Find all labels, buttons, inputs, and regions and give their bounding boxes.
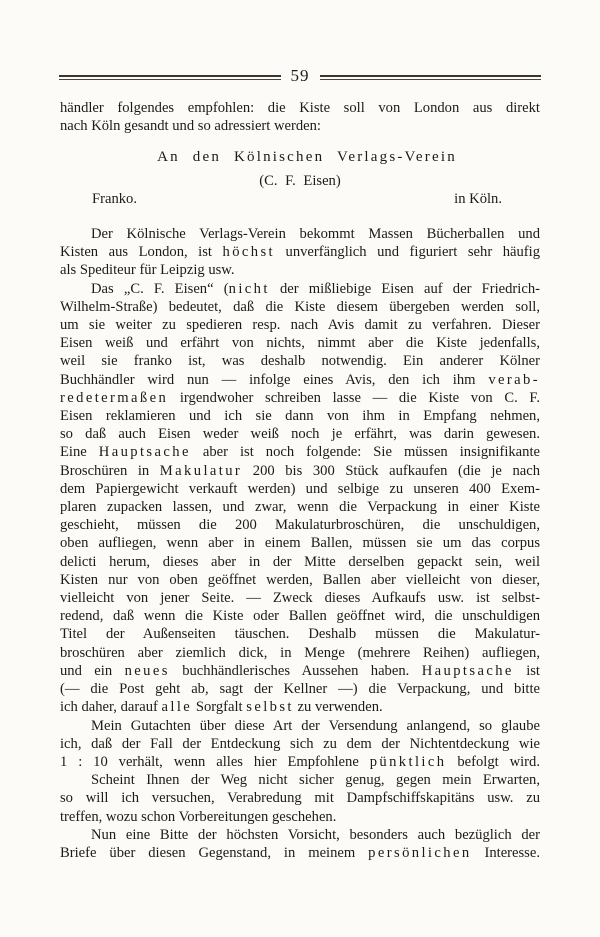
paragraph: Der Kölnische Verlags-Verein bekommt Mas… xyxy=(60,225,540,280)
text-line: Eisen weiß und erfährt von nichts, nimmt… xyxy=(60,334,540,352)
text-line: als Spediteur für Leipzig usw. xyxy=(60,261,540,279)
text-line: Mein Gutachten über diese Art der Versen… xyxy=(60,717,540,735)
text-segment: redend, daß wenn die Kiste oder Ballen g… xyxy=(60,608,540,624)
text-line: geschieht, müssen die 200 Makulaturbrosc… xyxy=(60,516,540,534)
text-segment: nach Köln gesandt und so adressiert werd… xyxy=(60,118,321,134)
letterspaced-emphasis: persönlichen xyxy=(368,845,471,861)
text-segment: so daß auch Eisen weder weiß noch je erf… xyxy=(60,426,540,442)
text-line: 1 : 10 verhält, wenn alles hier Empfohle… xyxy=(60,753,540,771)
text-segment: geschieht, müssen die 200 Makulaturbrosc… xyxy=(60,517,540,533)
text-line: und ein neues buchhändlerisches Aussehen… xyxy=(60,662,540,680)
text-segment: Eine xyxy=(60,444,99,460)
text-segment: Der Kölnische Verlags-Verein bekommt Mas… xyxy=(91,226,540,242)
text-line: Wilhelm-Straße) bedeutet, daß die Kiste … xyxy=(60,298,540,316)
text-segment: ist xyxy=(514,663,540,679)
text-line: oben aufliegen, wenn aber in einem Balle… xyxy=(60,534,540,552)
letterspaced-emphasis: neues xyxy=(125,663,170,679)
text-segment: weil sie franko ist, was deshalb notwend… xyxy=(60,353,540,369)
text-line: Scheint Ihnen der Weg nicht sicher genug… xyxy=(60,771,540,789)
text-segment: plaren zupacken lassen, und zwar, wenn d… xyxy=(60,499,540,515)
letterspaced-emphasis: alle xyxy=(162,699,193,715)
text-line: Kisten aus London, ist höchst unverfängl… xyxy=(60,243,540,261)
text-segment: Broschüren in xyxy=(60,463,160,479)
text-segment: Scheint Ihnen der Weg nicht sicher genug… xyxy=(91,772,540,788)
text-segment: Mein Gutachten über diese Art der Versen… xyxy=(91,718,540,734)
page-number: 59 xyxy=(291,67,310,85)
text-segment: händler folgendes empfohlen: die Kiste s… xyxy=(60,100,540,116)
text-line: Briefe über diesen Gegenstand, in meinem… xyxy=(60,844,540,862)
text-segment: Kisten aus London, ist xyxy=(60,244,223,260)
text-segment: der mißliebige Eisen auf der Friedrich- xyxy=(270,281,540,297)
franko-label: Franko. xyxy=(92,190,137,208)
text-segment: oben aufliegen, wenn aber in einem Balle… xyxy=(60,535,540,551)
text-segment: Eisen reklamieren und ich sie dann von i… xyxy=(60,408,540,424)
text-line: redend, daß wenn die Kiste oder Ballen g… xyxy=(60,607,540,625)
paragraph: Nun eine Bitte der höchsten Vorsicht, be… xyxy=(60,826,540,862)
text-line: nach Köln gesandt und so adressiert werd… xyxy=(60,117,540,135)
text-segment: um sie weiter zu spedieren resp. nach Av… xyxy=(60,317,540,333)
text-segment: vielleicht von jener Seite. — Zweck dies… xyxy=(60,590,540,606)
letterspaced-emphasis: selbst xyxy=(246,699,294,715)
paragraph: Das „C. F. Eisen“ (nicht der mißliebige … xyxy=(60,280,540,717)
letterspaced-emphasis: Hauptsache xyxy=(99,444,191,460)
letterspaced-emphasis: Makulatur xyxy=(160,463,242,479)
text-line: ich, daß der Fall der Entdeckung sich zu… xyxy=(60,735,540,753)
letterspaced-emphasis: nicht xyxy=(229,281,270,297)
text-line: weil sie franko ist, was deshalb notwend… xyxy=(60,352,540,370)
text-line: Eisen reklamieren und ich sie dann von i… xyxy=(60,407,540,425)
letterspaced-emphasis: Hauptsache xyxy=(422,663,514,679)
text-line: plaren zupacken lassen, und zwar, wenn d… xyxy=(60,498,540,516)
text-segment: 200 bis 300 Stück aufkaufen (die je nach xyxy=(242,463,540,479)
letterspaced-emphasis: höchst xyxy=(223,244,276,260)
address-meta-row: Franko.in Köln. xyxy=(60,190,540,208)
header-rule-left xyxy=(59,75,281,80)
text-segment: ich daher, darauf xyxy=(60,699,162,715)
text-segment: buchhändlerisches Aussehen haben. xyxy=(170,663,422,679)
text-segment: Nun eine Bitte der höchsten Vorsicht, be… xyxy=(91,827,540,843)
text-segment: Briefe über diesen Gegenstand, in meinem xyxy=(60,845,368,861)
paragraph: Scheint Ihnen der Weg nicht sicher genug… xyxy=(60,771,540,826)
text-segment: delicti herum, dieses aber in der Mitte … xyxy=(60,554,540,570)
page-header: 59 xyxy=(59,0,541,86)
letterspaced-emphasis: verab- xyxy=(488,372,540,388)
text-segment: befolgt wird. xyxy=(446,754,540,770)
text-line: dem Papiergewicht verkauft werden) und s… xyxy=(60,480,540,498)
text-line: Nun eine Bitte der höchsten Vorsicht, be… xyxy=(60,826,540,844)
text-line: um sie weiter zu spedieren resp. nach Av… xyxy=(60,316,540,334)
text-line: (— die Post geht ab, sagt der Kellner —)… xyxy=(60,680,540,698)
text-line: treffen, wozu schon Vorbereitungen gesch… xyxy=(60,808,540,826)
text-segment: Das „C. F. Eisen“ ( xyxy=(91,281,229,297)
letterspaced-emphasis: redetermaßen xyxy=(60,390,168,406)
text-line: Der Kölnische Verlags-Verein bekommt Mas… xyxy=(60,225,540,243)
text-segment: Buchhändler wird nun — infolge eines Avi… xyxy=(60,372,488,388)
text-line: Eine Hauptsache aber ist noch folgende: … xyxy=(60,443,540,461)
text-segment: 1 : 10 verhält, wenn alles hier Empfohle… xyxy=(60,754,370,770)
text-segment: Sorgfalt xyxy=(192,699,246,715)
text-line: broschüren aber ziemlich dick, in Menge … xyxy=(60,644,540,662)
text-line: ich daher, darauf alle Sorgfalt selbst z… xyxy=(60,698,540,716)
text-segment: irgendwoher schreiben lasse — die Kiste … xyxy=(168,390,540,406)
text-segment: so will ich versuchen, Verabredung mit D… xyxy=(60,790,540,806)
text-segment: Interesse. xyxy=(472,845,540,861)
text-segment: zu verwenden. xyxy=(294,699,383,715)
text-line: händler folgendes empfohlen: die Kiste s… xyxy=(60,99,540,117)
letterspaced-emphasis: pünktlich xyxy=(370,754,447,770)
text-line: so will ich versuchen, Verabredung mit D… xyxy=(60,789,540,807)
text-segment: Titel der Außenseiten täuschen. Deshalb … xyxy=(60,626,540,642)
text-segment: Eisen weiß und erfährt von nichts, nimmt… xyxy=(60,335,540,351)
text-line: Das „C. F. Eisen“ (nicht der mißliebige … xyxy=(60,280,540,298)
city-label: in Köln. xyxy=(454,190,502,208)
page-body: händler folgendes empfohlen: die Kiste s… xyxy=(60,99,540,862)
address-heading: An den Kölnischen Verlags-Verein xyxy=(74,148,540,166)
paragraph: händler folgendes empfohlen: die Kiste s… xyxy=(60,99,540,135)
text-segment: Kisten nur von oben geöffnet werden, Bal… xyxy=(60,572,540,588)
paragraph: Mein Gutachten über diese Art der Versen… xyxy=(60,717,540,772)
text-segment: aber ist noch folgende: Sie müssen insig… xyxy=(191,444,540,460)
text-segment: broschüren aber ziemlich dick, in Menge … xyxy=(60,645,540,661)
text-line: redetermaßen irgendwoher schreiben lasse… xyxy=(60,389,540,407)
text-segment: als Spediteur für Leipzig usw. xyxy=(60,262,235,278)
text-segment: ich, daß der Fall der Entdeckung sich zu… xyxy=(60,736,540,752)
text-line: Broschüren in Makulatur 200 bis 300 Stüc… xyxy=(60,462,540,480)
header-rule-right xyxy=(320,75,542,80)
text-line: Buchhändler wird nun — infolge eines Avi… xyxy=(60,371,540,389)
text-segment: und ein xyxy=(60,663,125,679)
text-segment: dem Papiergewicht verkauft werden) und s… xyxy=(60,481,540,497)
text-line: delicti herum, dieses aber in der Mitte … xyxy=(60,553,540,571)
text-line: Kisten nur von oben geöffnet werden, Bal… xyxy=(60,571,540,589)
text-line: vielleicht von jener Seite. — Zweck dies… xyxy=(60,589,540,607)
text-line: so daß auch Eisen weder weiß noch je erf… xyxy=(60,425,540,443)
text-line: Titel der Außenseiten täuschen. Deshalb … xyxy=(60,625,540,643)
book-page: 59 händler folgendes empfohlen: die Kist… xyxy=(0,0,600,937)
text-segment: treffen, wozu schon Vorbereitungen gesch… xyxy=(60,809,336,825)
text-segment: (— die Post geht ab, sagt der Kellner —)… xyxy=(60,681,540,697)
address-subline: (C. F. Eisen) xyxy=(60,172,540,190)
text-segment: Wilhelm-Straße) bedeutet, daß die Kiste … xyxy=(60,299,540,315)
text-segment: unverfänglich und figuriert sehr häufig xyxy=(275,244,540,260)
